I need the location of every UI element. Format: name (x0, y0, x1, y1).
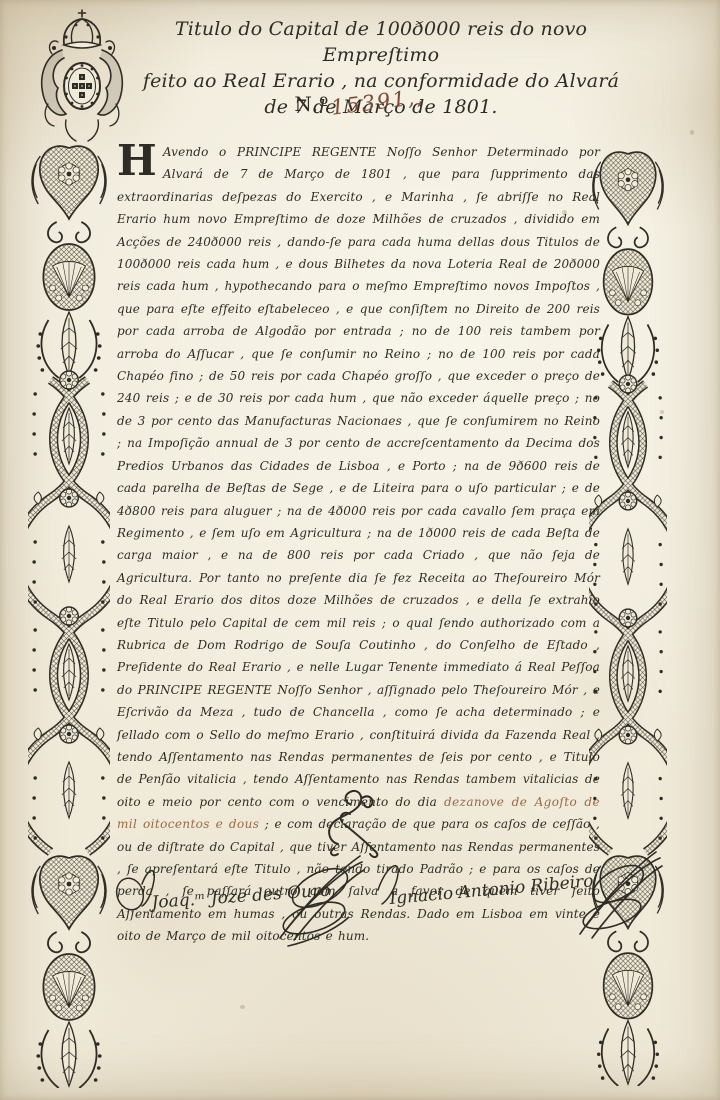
paper-speck (240, 1005, 245, 1009)
royal-coat-of-arms-icon (30, 8, 134, 150)
serial-number-line: N.º15391,, (0, 92, 720, 116)
left-ornament-border-icon (28, 142, 110, 1092)
signature-right-name: Ignacio Antonio Ribeiro (388, 871, 595, 909)
bond-document-page: Titulo do Capital de 100ð000 reis do nov… (0, 0, 720, 1100)
paper-speck (690, 130, 694, 135)
drop-cap: H (117, 141, 163, 179)
number-label: N.º (294, 92, 329, 116)
signature-left: Joaq.ᵐ Joze des Ouro (108, 846, 376, 962)
title-line-1: Titulo do Capital de 100ð000 reis do nov… (138, 16, 624, 68)
signature-right: Ignacio Antonio Ribeiro (360, 838, 670, 960)
body-printed-text-1: Avendo o PRINCIPE REGENTE Noſſo Senhor D… (117, 145, 600, 809)
